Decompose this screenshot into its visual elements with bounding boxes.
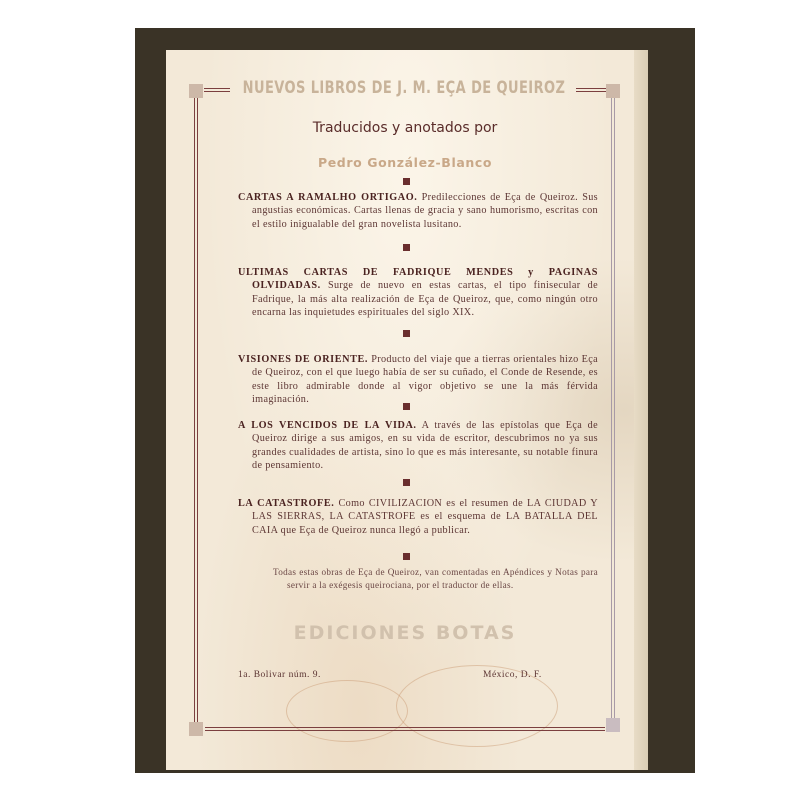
book-entry: CARTAS A RAMALHO ORTIGAO. Predilecciones… [238, 191, 598, 231]
bullet-square-icon [403, 553, 410, 560]
frame-corner-bottom-right [606, 718, 620, 732]
publisher-city: México, D. F. [483, 670, 542, 680]
annotation-note: Todas estas obras de Eça de Queiroz, van… [273, 566, 598, 591]
translator-name: Pedro González-Blanco [200, 155, 610, 170]
publisher-name: EDICIONES BOTAS [200, 622, 610, 644]
bullet-square-icon [403, 244, 410, 251]
series-heading: NUEVOS LIBROS DE J. M. EÇA DE QUEIROZ [237, 78, 570, 98]
page-edge [634, 50, 648, 770]
book-title: VISIONES DE ORIENTE. [238, 354, 368, 365]
bullet-square-icon [403, 479, 410, 486]
book-entry: LA CATASTROFE. Como CIVILIZACION es el r… [238, 497, 598, 537]
bullet-square-icon [403, 403, 410, 410]
bullet-square-icon [403, 178, 410, 185]
book-entry: ULTIMAS CARTAS DE FADRIQUE MENDES y PAGI… [238, 266, 598, 319]
translated-by-label: Traducidos y anotados por [200, 120, 610, 136]
water-stain [286, 680, 408, 742]
publisher-address: 1a. Bolivar núm. 9. [238, 670, 321, 680]
frame-left-rule [194, 98, 198, 722]
frame-bottom-rule [205, 727, 605, 731]
frame-corner-top-right [606, 84, 620, 98]
book-title: CARTAS A RAMALHO ORTIGAO. [238, 192, 417, 203]
frame-top-right-rule [576, 88, 606, 92]
bullet-square-icon [403, 330, 410, 337]
book-entry: A LOS VENCIDOS DE LA VIDA. A través de l… [238, 419, 598, 472]
frame-corner-top-left [189, 84, 203, 98]
book-title: A LOS VENCIDOS DE LA VIDA. [238, 420, 417, 431]
frame-top-left-rule [204, 88, 230, 92]
frame-right-rule [611, 98, 615, 718]
book-entry: VISIONES DE ORIENTE. Producto del viaje … [238, 353, 598, 406]
frame-corner-bottom-left [189, 722, 203, 736]
book-title: LA CATASTROFE. [238, 498, 334, 509]
